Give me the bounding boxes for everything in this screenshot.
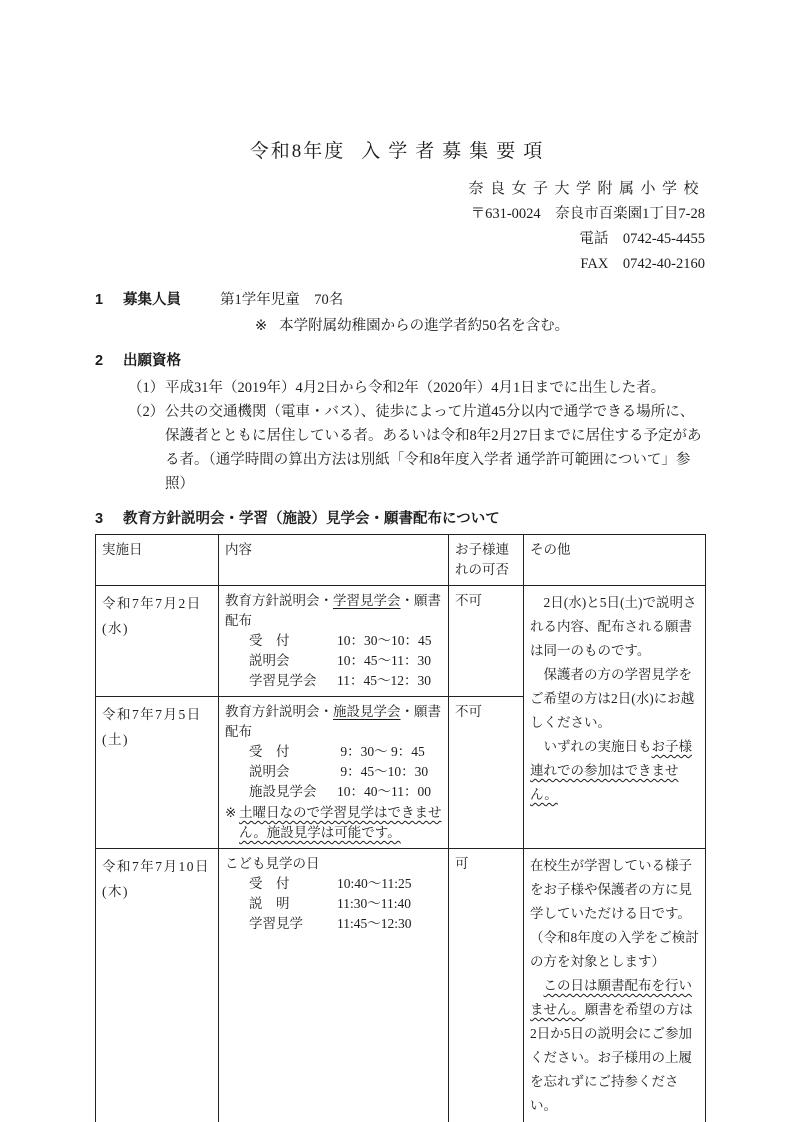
note-marker: ※ [255, 313, 267, 339]
day-of-week: (木) [102, 879, 212, 904]
event-title: 教育方針説明会・学習見学会・願書配布 [225, 591, 442, 631]
eligibility-list: （1） 平成31年（2019年）4月2日から令和2年（2020年）4月1日までに… [128, 376, 705, 496]
schedule-time: 10：40～11：00 [337, 782, 431, 802]
recruitment-note: ※ 本学附属幼稚園からの進学者約50名を含む。 [95, 313, 705, 339]
eligibility-item-2: （2） 公共の交通機関（電車・バス）、徒歩によって片道45分以内で通学できる場所… [128, 400, 705, 496]
other-text: 願書を希望の方は2日か5日の説明会にご参加ください。お子様用の上履を忘れずにご持… [530, 1002, 693, 1113]
schedule-label: 説明会 [249, 762, 337, 782]
section-eligibility: 2 出願資格 （1） 平成31年（2019年）4月2日から令和2年（2020年）… [95, 348, 705, 496]
item2-marker: （2） [128, 400, 165, 496]
schedule-label: 説 明 [249, 894, 337, 914]
other-cell-july2-5: 2日(水)と5日(土)で説明される内容、配布される願書は同一のものです。 保護者… [524, 586, 706, 849]
schedule-label: 学習見学 [249, 914, 337, 934]
briefing-table: 実施日 内容 お子様連れの可否 その他 令和7年7月2日 (水) 教育方針説明会… [95, 534, 706, 1122]
school-address: 〒631-0024 奈良市百楽園1丁目7-28 [95, 202, 705, 227]
recruitment-value: 第1学年児童 70名 [220, 287, 343, 313]
title-year: 令和8年度 [250, 141, 346, 162]
schedule-label: 受 付 [249, 631, 337, 651]
date-cell-july5: 令和7年7月5日 (土) [96, 697, 219, 849]
other-paragraph: この日は願書配布を行いません。願書を希望の方は2日か5日の説明会にご参加ください… [530, 974, 699, 1118]
school-info-block: 奈良女子大学附属小学校 〒631-0024 奈良市百楽園1丁目7-28 電話 0… [95, 177, 705, 277]
event-title-pre: 教育方針説明会・ [225, 704, 333, 719]
schedule-time: 10：45～11：30 [337, 651, 431, 671]
header-date: 実施日 [96, 535, 219, 586]
schedule-time: 10：30～10：45 [337, 631, 432, 651]
other-paragraph: いずれの実施日もお子様連れでの参加はできません。 [530, 735, 699, 807]
schedule-time: 10:40～11:25 [337, 874, 412, 894]
event-title: こども見学の日 [225, 854, 442, 874]
table-row-july2: 令和7年7月2日 (水) 教育方針説明会・学習見学会・願書配布 受 付 10：3… [96, 586, 706, 697]
section2-number: 2 [95, 348, 123, 374]
schedule-time: 9：45～10：30 [337, 762, 428, 782]
date-text: 令和7年7月2日 [102, 591, 212, 616]
document-page: 令和8年度入学者募集要項 奈良女子大学附属小学校 〒631-0024 奈良市百楽… [0, 0, 793, 1122]
schedule-reception: 受 付 10:40～11:25 [225, 874, 442, 894]
schedule-tour: 学習見学 11:45～12:30 [225, 914, 442, 934]
section3-title: 教育方針説明会・学習（施設）見学会・願書配布について [123, 507, 500, 531]
day-of-week: (土) [102, 727, 212, 752]
school-fax: FAX 0742-40-2160 [95, 252, 705, 277]
schedule-time: 11：45～12：30 [337, 671, 431, 691]
schedule-briefing: 説 明 11:30～11:40 [225, 894, 442, 914]
schedule-tour: 学習見学会 11：45～12：30 [225, 671, 442, 691]
child-cell-july2: 不可 [449, 586, 524, 697]
other-paragraph: 2日(水)と5日(土)で説明される内容、配布される願書は同一のものです。 [530, 591, 699, 663]
saturday-note-text: 土曜日なので学習見学はできません。施設見学は可能です。 [239, 803, 442, 843]
eligibility-item-1: （1） 平成31年（2019年）4月2日から令和2年（2020年）4月1日までに… [128, 376, 705, 400]
header-content: 内容 [219, 535, 449, 586]
note-marker: ※ [225, 803, 239, 843]
other-paragraph: 保護者の方の学習見学をご希望の方は2日(水)にお越しください。 [530, 663, 699, 735]
other-text: いずれの実施日も [544, 739, 652, 754]
date-text: 令和7年7月10日 [102, 854, 212, 879]
event-title-underlined: 学習見学会 [333, 593, 401, 608]
schedule-reception: 受 付 9：30～ 9：45 [225, 742, 442, 762]
schedule-label: 受 付 [249, 742, 337, 762]
header-child: お子様連れの可否 [449, 535, 524, 586]
section1-title: 募集人員 [123, 287, 220, 313]
recruitment-note-text: 本学附属幼稚園からの進学者約50名を含む。 [279, 313, 569, 339]
schedule-time: 11:45～12:30 [337, 914, 412, 934]
event-title-underlined: 施設見学会 [333, 704, 401, 719]
content-cell-july10: こども見学の日 受 付 10:40～11:25 説 明 11:30～11:40 … [219, 849, 449, 1122]
date-cell-july2: 令和7年7月2日 (水) [96, 586, 219, 697]
schedule-label: 学習見学会 [249, 671, 337, 691]
content-cell-july2: 教育方針説明会・学習見学会・願書配布 受 付 10：30～10：45 説明会 1… [219, 586, 449, 697]
event-title: 教育方針説明会・施設見学会・願書配布 [225, 702, 442, 742]
schedule-label: 施設見学会 [249, 782, 337, 802]
schedule-label: 説明会 [249, 651, 337, 671]
child-cell-july5: 不可 [449, 697, 524, 849]
item2-text: 公共の交通機関（電車・バス）、徒歩によって片道45分以内で通学できる場所に、保護… [165, 400, 705, 496]
section2-title: 出願資格 [123, 348, 181, 374]
schedule-reception: 受 付 10：30～10：45 [225, 631, 442, 651]
schedule-tour: 施設見学会 10：40～11：00 [225, 782, 442, 802]
saturday-note: ※ 土曜日なので学習見学はできません。施設見学は可能です。 [225, 803, 442, 843]
page-title: 令和8年度入学者募集要項 [95, 136, 705, 163]
item1-text: 平成31年（2019年）4月2日から令和2年（2020年）4月1日までに出生した… [165, 376, 705, 400]
schedule-briefing: 説明会 9：45～10：30 [225, 762, 442, 782]
schedule-briefing: 説明会 10：45～11：30 [225, 651, 442, 671]
item1-marker: （1） [128, 376, 165, 400]
content-cell-july5: 教育方針説明会・施設見学会・願書配布 受 付 9：30～ 9：45 説明会 9：… [219, 697, 449, 849]
briefing-heading-line: 3 教育方針説明会・学習（施設）見学会・願書配布について [95, 507, 705, 531]
schedule-label: 受 付 [249, 874, 337, 894]
event-title-pre: 教育方針説明会・ [225, 593, 333, 608]
eligibility-heading-line: 2 出願資格 [95, 348, 705, 374]
section-briefing: 3 教育方針説明会・学習（施設）見学会・願書配布について 実施日 内容 お子様連… [95, 507, 705, 1122]
recruitment-heading-line: 1 募集人員 第1学年児童 70名 [95, 287, 705, 313]
header-other: その他 [524, 535, 706, 586]
school-tel: 電話 0742-45-4455 [95, 227, 705, 252]
other-paragraph: 在校生が学習している様子をお子様や保護者の方に見学していただける日です。（令和8… [530, 854, 699, 974]
title-main: 入学者募集要項 [361, 141, 550, 162]
schedule-time: 11:30～11:40 [337, 894, 411, 914]
school-name: 奈良女子大学附属小学校 [95, 177, 705, 202]
day-of-week: (水) [102, 616, 212, 641]
section1-number: 1 [95, 287, 123, 313]
date-cell-july10: 令和7年7月10日 (木) [96, 849, 219, 1122]
schedule-time: 9：30～ 9：45 [337, 742, 425, 762]
child-cell-july10: 可 [449, 849, 524, 1122]
section-recruitment: 1 募集人員 第1学年児童 70名 ※ 本学附属幼稚園からの進学者約50名を含む… [95, 287, 705, 339]
date-text: 令和7年7月5日 [102, 702, 212, 727]
section3-number: 3 [95, 507, 123, 531]
other-cell-july10: 在校生が学習している様子をお子様や保護者の方に見学していただける日です。（令和8… [524, 849, 706, 1122]
table-row-july10: 令和7年7月10日 (木) こども見学の日 受 付 10:40～11:25 説 … [96, 849, 706, 1122]
table-header-row: 実施日 内容 お子様連れの可否 その他 [96, 535, 706, 586]
